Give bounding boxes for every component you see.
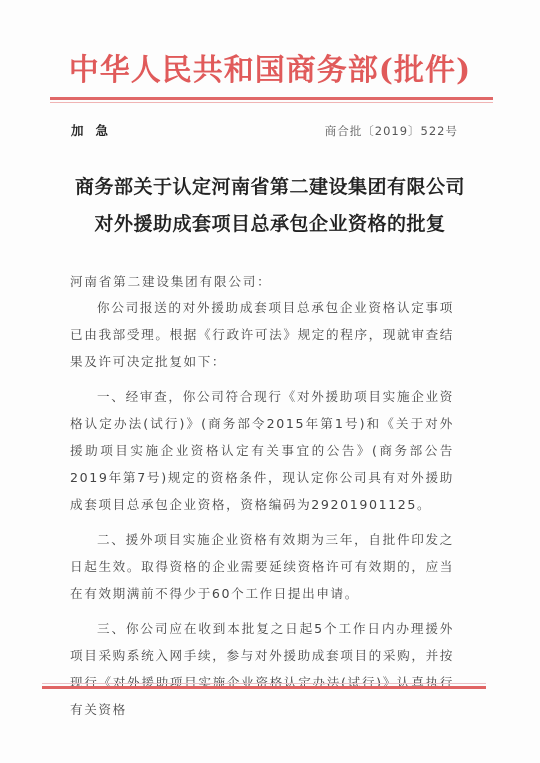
footer-thin-rule <box>42 683 486 684</box>
masthead-red-rule <box>50 97 493 100</box>
document-title-line-2: 对外援助成套项目总承包企业资格的批复 <box>0 212 540 236</box>
urgency-label: 加急 <box>71 121 120 139</box>
masthead: 中华人民共和国商务部(批件) <box>0 53 540 89</box>
document-number: 商合批〔2019〕522号 <box>325 123 458 139</box>
paragraph-item-1: 一、经审查，你公司符合现行《对外援助项目实施企业资格认定办法(试行)》(商务部令… <box>70 383 454 518</box>
document-page: 中华人民共和国商务部(批件) 加急 商合批〔2019〕522号 商务部关于认定河… <box>0 0 540 763</box>
document-title-line-1: 商务部关于认定河南省第二建设集团有限公司 <box>0 175 540 199</box>
footer-red-rule <box>42 686 486 689</box>
paragraph-item-2: 二、援外项目实施企业资格有效期为三年，自批件印发之日起生效。取得资格的企业需要延… <box>70 526 454 607</box>
paragraph-item-3: 三、你公司应在收到本批复之日起5个工作日内办理援外项目采购系统入网手续，参与对外… <box>70 615 454 723</box>
document-body: 你公司报送的对外援助成套项目总承包企业资格认定事项已由我部受理。根据《行政许可法… <box>70 294 454 723</box>
salutation: 河南省第二建设集团有限公司： <box>70 271 272 290</box>
masthead-thin-rule <box>50 102 493 103</box>
paragraph-intro: 你公司报送的对外援助成套项目总承包企业资格认定事项已由我部受理。根据《行政许可法… <box>70 294 454 375</box>
